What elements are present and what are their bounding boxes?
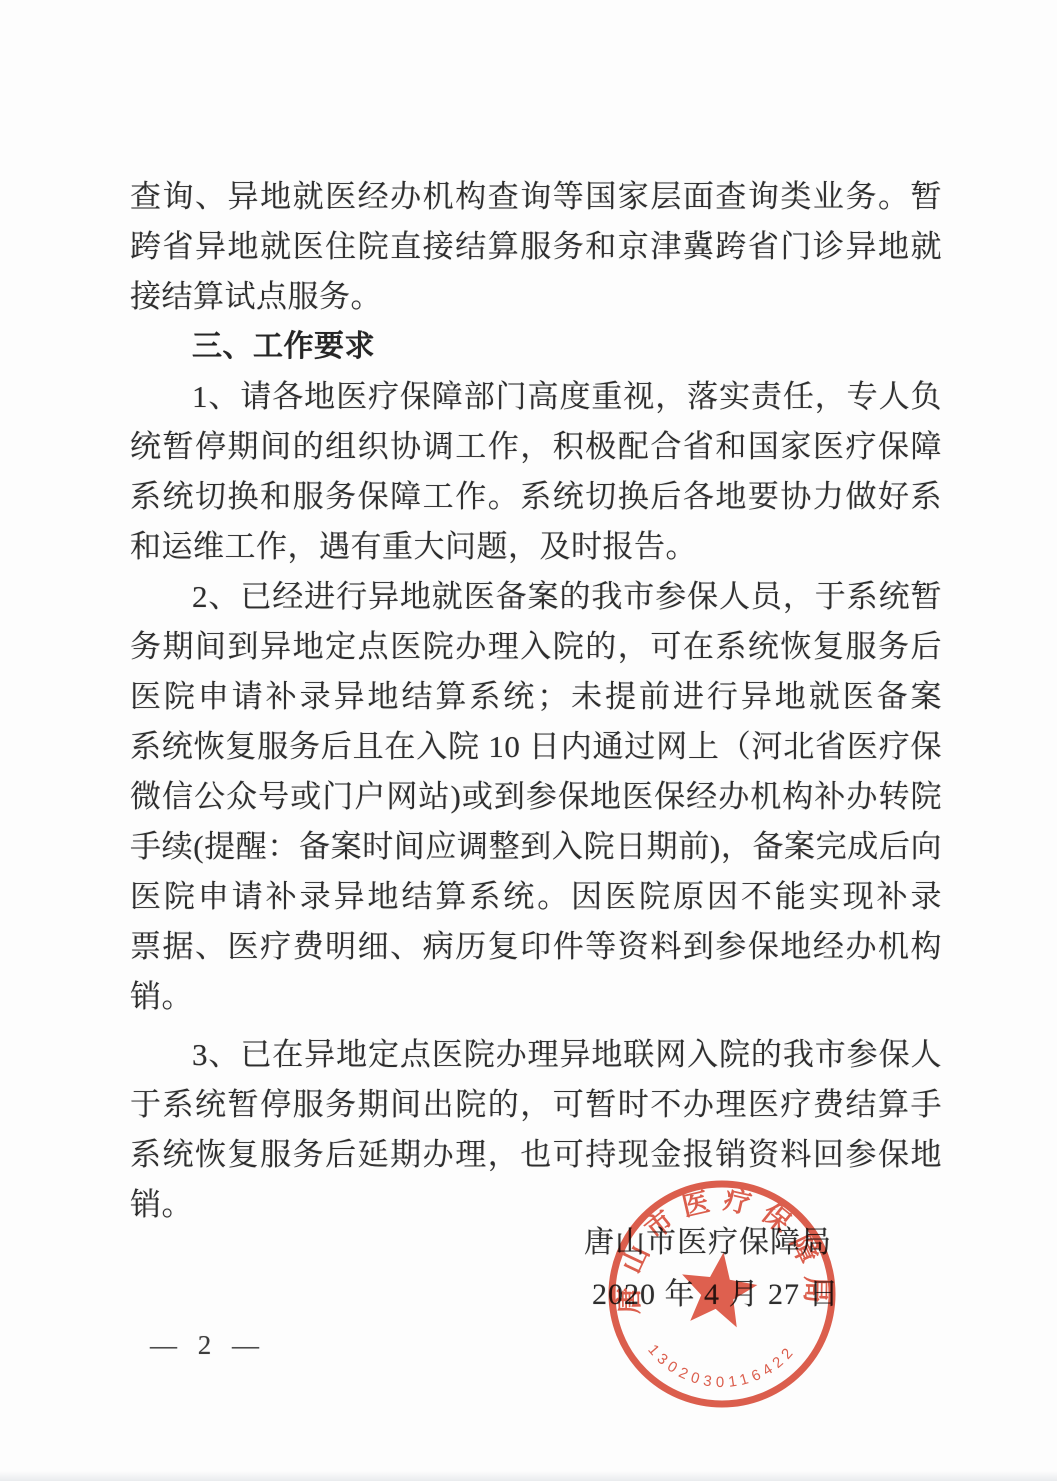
text-line: 销。 <box>130 972 942 1022</box>
text-line: 系统恢复服务后延期办理，也可持现金报销资料回参保地申请报 <box>130 1130 942 1180</box>
signature-date: 2020 年 4 月 27 日 <box>592 1278 840 1312</box>
text-line: 于系统暂停服务期间出院的，可暂时不办理医疗费结算手续，待 <box>130 1080 942 1130</box>
text-line: 医院申请补录异地结算系统；未提前进行异地就医备案的，需于 <box>130 672 942 722</box>
document-body: 查询、异地就医经办机构查询等国家层面查询类业务。暂时停止跨省异地就医住院直接结算… <box>130 172 942 1230</box>
text-line: 3、已在异地定点医院办理异地联网入院的我市参保人员， <box>130 1030 942 1080</box>
text-line: 跨省异地就医住院直接结算服务和京津冀跨省门诊异地就医直 <box>130 222 942 272</box>
seal-code: 1302030116422 <box>644 1341 799 1391</box>
text-line: 微信公众号或门户网站)或到参保地医保经办机构补办转院备案 <box>130 772 942 822</box>
paragraph: 2、已经进行异地就医备案的我市参保人员，于系统暂停服务期间到异地定点医院办理入院… <box>130 572 942 1022</box>
text-line: 和运维工作，遇有重大问题，及时报告。 <box>130 522 942 572</box>
text-line: 手续(提醒：备案时间应调整到入院日期前)，备案完成后向所住 <box>130 822 942 872</box>
paragraph: 1、请各地医疗保障部门高度重视，落实责任，专人负责系统暂停期间的组织协调工作，积… <box>130 372 942 572</box>
text-line: 系统恢复服务后且在入院 10 日内通过网上（河北省医疗保障局 <box>130 722 942 772</box>
signature-org: 唐山市医疗保障局 <box>584 1226 840 1260</box>
text-line: 系统切换和服务保障工作。系统切换后各地要协力做好系统检测 <box>130 472 942 522</box>
heading-line: 三、工作要求 <box>130 322 942 372</box>
text-line: 医院申请补录异地结算系统。因医院原因不能实现补录的，携带 <box>130 872 942 922</box>
section-heading: 三、工作要求 <box>130 322 942 372</box>
page-number: — 2 — <box>150 1330 266 1361</box>
text-line: 务期间到异地定点医院办理入院的，可在系统恢复服务后向所住 <box>130 622 942 672</box>
text-line: 2、已经进行异地就医备案的我市参保人员，于系统暂停服 <box>130 572 942 622</box>
paragraph: 查询、异地就医经办机构查询等国家层面查询类业务。暂时停止跨省异地就医住院直接结算… <box>130 172 942 322</box>
text-line: 统暂停期间的组织协调工作，积极配合省和国家医疗保障局完成 <box>130 422 942 472</box>
signature-block: 唐山市医疗保障局 2020 年 4 月 27 日 <box>584 1226 840 1312</box>
document-page: 查询、异地就医经办机构查询等国家层面查询类业务。暂时停止跨省异地就医住院直接结算… <box>0 0 1057 1481</box>
paragraph: 3、已在异地定点医院办理异地联网入院的我市参保人员，于系统暂停服务期间出院的，可… <box>130 1030 942 1230</box>
text-line: 票据、医疗费明细、病历复印件等资料到参保地经办机构申请报 <box>130 922 942 972</box>
text-line: 销。 <box>130 1180 942 1230</box>
text-line: 1、请各地医疗保障部门高度重视，落实责任，专人负责系 <box>130 372 942 422</box>
text-line: 查询、异地就医经办机构查询等国家层面查询类业务。暂时停止 <box>130 172 942 222</box>
text-line: 接结算试点服务。 <box>130 272 942 322</box>
